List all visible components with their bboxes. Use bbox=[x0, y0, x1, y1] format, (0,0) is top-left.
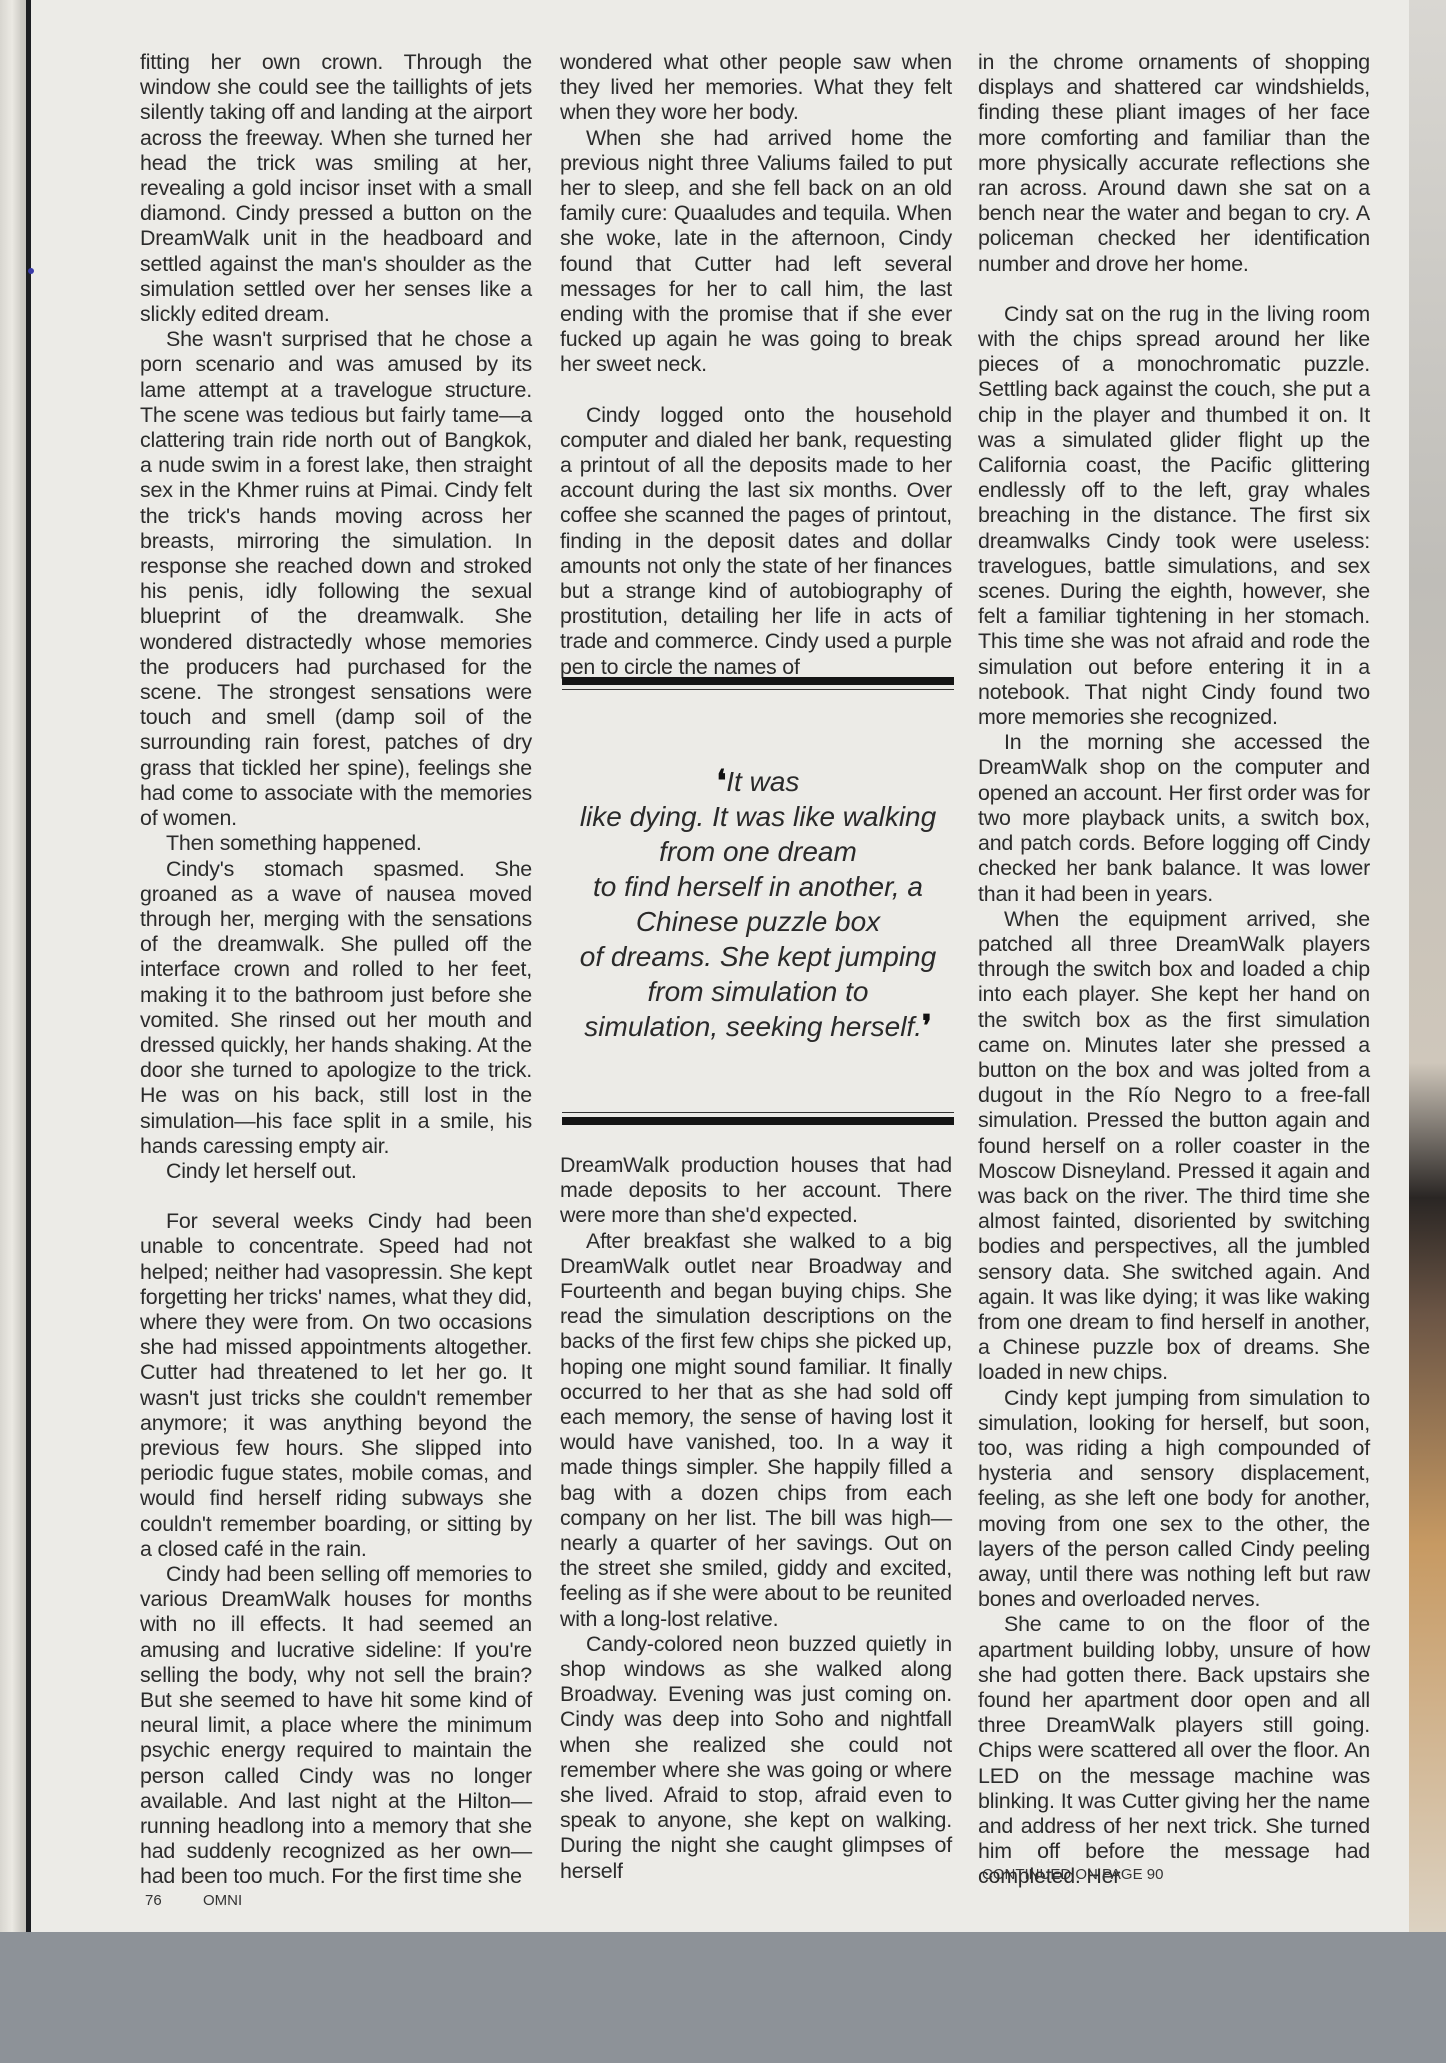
rule-thick bbox=[562, 1117, 954, 1125]
paragraph: In the morning she accessed the DreamWal… bbox=[978, 730, 1370, 906]
paragraph: She came to on the floor of the apartmen… bbox=[978, 1612, 1370, 1889]
pullquote-line: like dying. It was like walking bbox=[548, 799, 968, 834]
pullquote-line: from simulation to bbox=[548, 974, 968, 1009]
scanner-background bbox=[0, 1932, 1446, 2063]
pullquote-line: simulation, seeking herself. bbox=[584, 1011, 922, 1042]
column-3: in the chrome ornaments of shopping disp… bbox=[978, 50, 1370, 1890]
paragraph: Cindy logged onto the household computer… bbox=[560, 403, 952, 680]
pullquote-rule-top bbox=[562, 677, 954, 690]
paragraph: When the equipment arrived, she patched … bbox=[978, 907, 1370, 1386]
paragraph: Candy-colored neon buzzed quietly in sho… bbox=[560, 1632, 952, 1884]
column-2-continued: DreamWalk production houses that had mad… bbox=[560, 1153, 952, 1884]
rule-thick bbox=[562, 677, 954, 685]
magazine-name: OMNI bbox=[203, 1892, 242, 1909]
paragraph: wondered what other people saw when they… bbox=[560, 50, 952, 126]
page-number: 76 bbox=[145, 1892, 162, 1909]
paragraph: After breakfast she walked to a big Drea… bbox=[560, 1229, 952, 1632]
pullquote-line: It was bbox=[726, 766, 799, 797]
pullquote-line: Chinese puzzle box bbox=[548, 904, 968, 939]
paragraph: Cindy let herself out. bbox=[140, 1159, 532, 1184]
paragraph: Cindy kept jumping from simulation to si… bbox=[978, 1386, 1370, 1613]
paragraph: Then something happened. bbox=[140, 831, 532, 856]
ink-mark bbox=[28, 268, 34, 274]
pullquote-line: from one dream bbox=[548, 834, 968, 869]
rule-thin bbox=[562, 689, 954, 690]
paragraph: She wasn't surprised that he chose a por… bbox=[140, 327, 532, 831]
paragraph: For several weeks Cindy had been unable … bbox=[140, 1209, 532, 1562]
paragraph: Cindy's stomach spasmed. She groaned as … bbox=[140, 857, 532, 1159]
open-quote-icon: ❛ bbox=[717, 765, 727, 798]
paragraph: Cindy had been selling off memories to v… bbox=[140, 1562, 532, 1890]
paragraph: in the chrome ornaments of shopping disp… bbox=[978, 50, 1370, 277]
pullquote-line: to find herself in another, a bbox=[548, 869, 968, 904]
pullquote: ❛It was like dying. It was like walking … bbox=[548, 764, 968, 1044]
paragraph: Cindy sat on the rug in the living room … bbox=[978, 302, 1370, 730]
pullquote-rule-bottom bbox=[562, 1112, 954, 1125]
paragraph: fitting her own crown. Through the windo… bbox=[140, 50, 532, 327]
facing-page-edge bbox=[1409, 0, 1446, 1932]
column-2: wondered what other people saw when they… bbox=[560, 50, 952, 680]
paragraph: When she had arrived home the previous n… bbox=[560, 126, 952, 378]
close-quote-icon: ❜ bbox=[922, 1010, 932, 1043]
paragraph: DreamWalk production houses that had mad… bbox=[560, 1153, 952, 1229]
pullquote-line: of dreams. She kept jumping bbox=[548, 939, 968, 974]
column-1: fitting her own crown. Through the windo… bbox=[140, 50, 532, 1890]
continued-notice: CONTINUED ON PAGE 90 bbox=[982, 1866, 1163, 1883]
